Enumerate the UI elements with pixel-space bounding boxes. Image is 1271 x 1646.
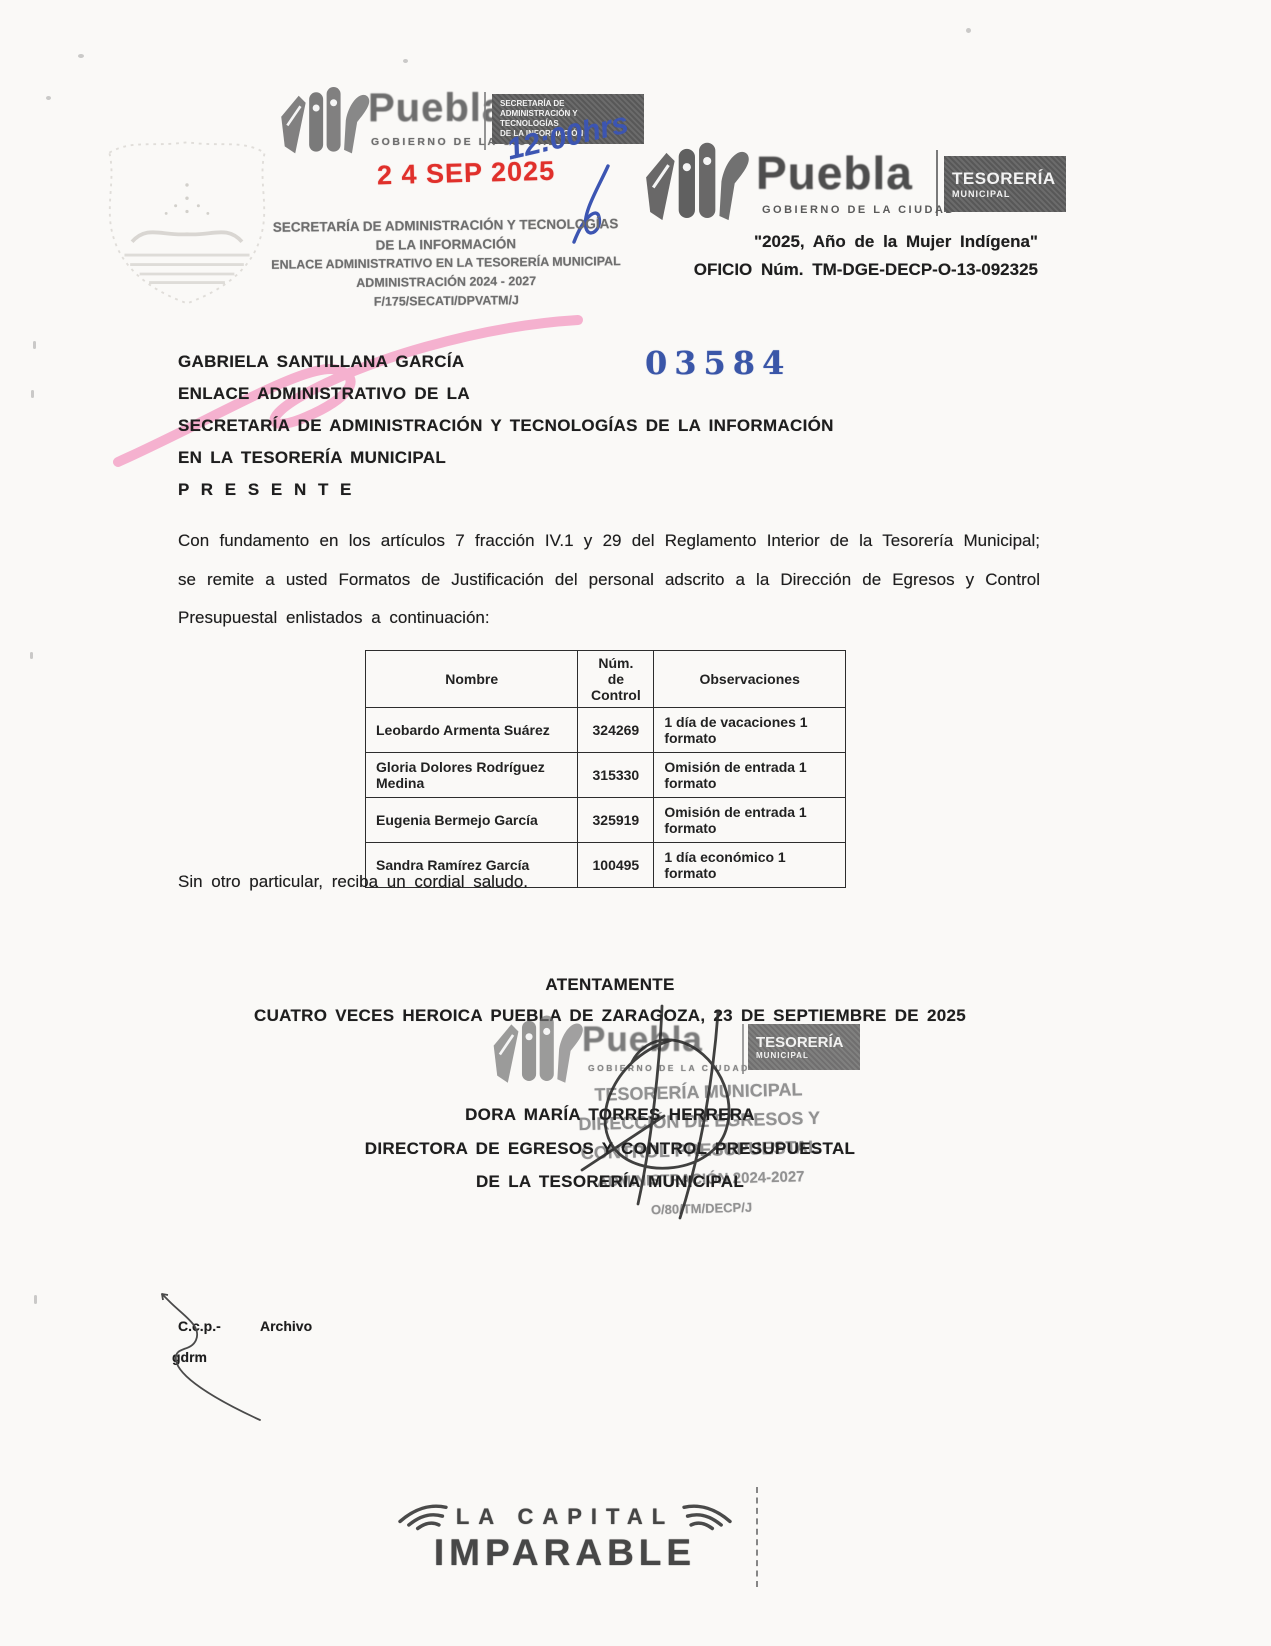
justification-table: Nombre Núm. de Control Observaciones Leo… [365,650,846,888]
closing-line: Sin otro particular, reciba un cordial s… [178,872,528,892]
tesoreria-badge: TESORERÍA MUNICIPAL [944,156,1066,212]
cell-nombre: Gloria Dolores Rodríguez Medina [366,753,578,798]
logo-divider [484,92,486,150]
scan-speck [78,54,84,58]
badge-sub: MUNICIPAL [952,189,1058,199]
recipient-title: SECRETARÍA DE ADMINISTRACIÓN Y TECNOLOGÍ… [178,410,834,442]
table-row: Leobardo Armenta Suárez 324269 1 día de … [366,708,846,753]
recipient-block: GABRIELA SANTILLANA GARCÍA ENLACE ADMINI… [178,346,834,506]
cell-num-control: 100495 [578,843,654,888]
recipient-name: GABRIELA SANTILLANA GARCÍA [178,346,834,378]
oficio-number: OFICIO Núm. TM-DGE-DECP-O-13-092325 [694,260,1038,280]
scan-speck [966,28,971,33]
cell-observaciones: 1 día de vacaciones 1 formato [654,708,846,753]
logo-divider [936,150,938,216]
puebla-logo-icon [276,80,372,170]
scan-speck [31,390,34,398]
la-capital-imparable-logo: LA CAPITAL IMPARABLE [395,1502,735,1574]
table-row: Eugenia Bermejo García 325919 Omisión de… [366,798,846,843]
scan-speck [403,59,408,63]
scan-speck [30,652,33,659]
badge-title: TESORERÍA [952,169,1058,189]
col-header-nombre: Nombre [366,651,578,708]
body-paragraph: Con fundamento en los artículos 7 fracci… [178,522,1040,638]
scanned-oficio-page: Puebla GOBIERNO DE LA CIUDAD SECRETARÍA … [0,0,1271,1646]
left-wing-icon [396,1502,450,1532]
recipient-title: ENLACE ADMINISTRATIVO DE LA [178,378,834,410]
puebla-wordmark-sub: GOBIERNO DE LA CIUDAD [762,204,956,216]
puebla-wordmark: Puebla [756,146,913,200]
recipient-title: EN LA TESORERÍA MUNICIPAL [178,442,834,474]
table-row: Gloria Dolores Rodríguez Medina 315330 O… [366,753,846,798]
cell-nombre: Eugenia Bermejo García [366,798,578,843]
cell-num-control: 325919 [578,798,654,843]
cell-num-control: 324269 [578,708,654,753]
cell-observaciones: Omisión de entrada 1 formato [654,753,846,798]
cell-nombre: Leobardo Armenta Suárez [366,708,578,753]
fold-mark-line [756,1487,758,1587]
pen-stroke-icon [150,1282,300,1432]
col-header-num-control: Núm. de Control [578,651,654,708]
atentamente-label: ATENTAMENTE [170,975,1050,995]
year-legend: "2025, Año de la Mujer Indígena" [754,232,1038,252]
office-line: SECRETARÍA DE ADMINISTRACIÓN Y TECNOLOGÍ… [256,214,636,237]
scan-speck [46,96,51,100]
table-header-row: Nombre Núm. de Control Observaciones [366,651,846,708]
handwritten-signature-icon [520,998,820,1228]
office-line: ENLACE ADMINISTRATIVO EN LA TESORERÍA MU… [256,252,636,275]
cell-num-control: 315330 [578,753,654,798]
scan-speck [34,1295,37,1304]
scan-speck [33,341,36,349]
presente-label: P R E S E N T E [178,474,834,506]
cell-observaciones: 1 día económico 1 formato [654,843,846,888]
cell-observaciones: Omisión de entrada 1 formato [654,798,846,843]
city-seal-watermark-icon [92,130,282,310]
logo-top-text: LA CAPITAL [456,1504,674,1530]
right-wing-icon [680,1502,734,1532]
puebla-logo-icon [640,138,752,236]
col-header-observaciones: Observaciones [654,651,846,708]
logo-bottom-text: IMPARABLE [395,1532,735,1574]
